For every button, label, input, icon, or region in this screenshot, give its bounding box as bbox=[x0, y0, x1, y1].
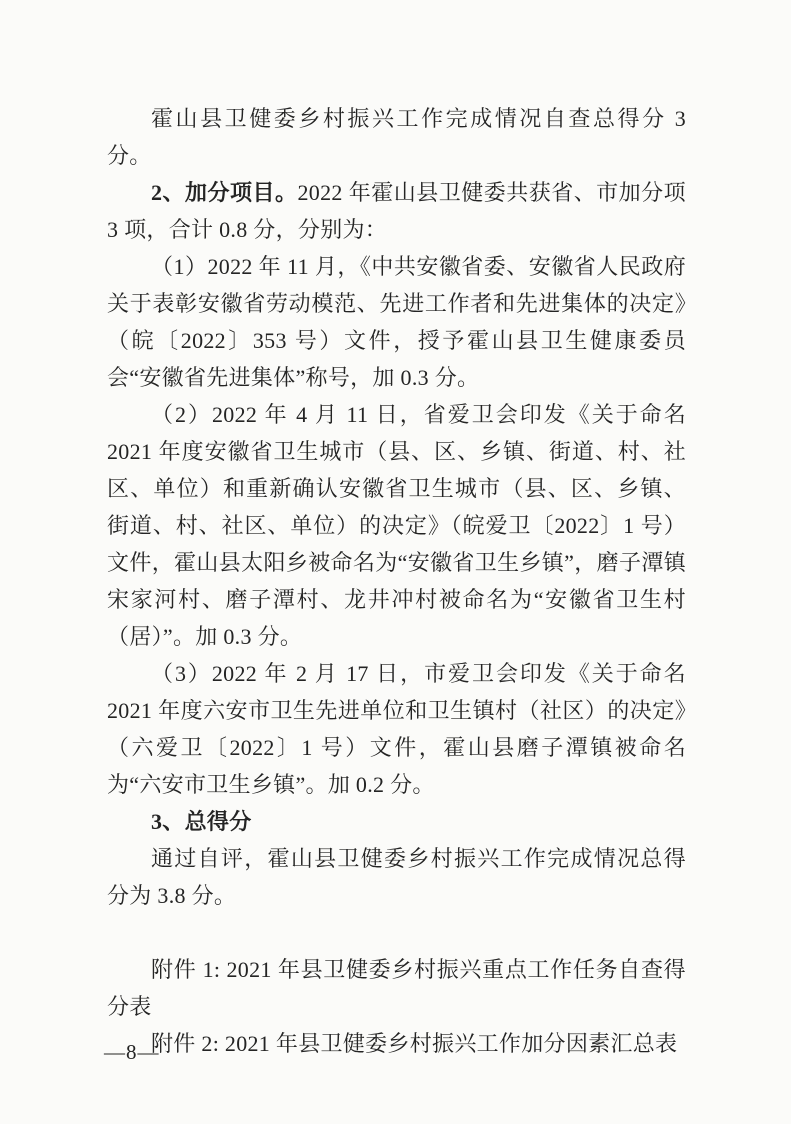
page-number: —8— bbox=[104, 1038, 160, 1066]
paragraph-self-check-total-score: 霍山县卫健委乡村振兴工作完成情况自查总得分 3 分。 bbox=[107, 100, 686, 174]
paragraph-bonus-items: 2、加分项目。2022 年霍山县卫健委共获省、市加分项 3 项，合计 0.8 分… bbox=[107, 174, 686, 248]
attachment-1-line: 附件 1: 2021 年县卫健委乡村振兴重点工作任务自查得分表 bbox=[107, 951, 686, 1025]
paragraph-bonus-item-3: （3）2022 年 2 月 17 日，市爱卫会印发《关于命名 2021 年度六安… bbox=[107, 655, 686, 803]
document-page: 霍山县卫健委乡村振兴工作完成情况自查总得分 3 分。 2、加分项目。2022 年… bbox=[0, 0, 791, 1124]
bonus-items-heading: 2、加分项目。 bbox=[151, 180, 298, 205]
paragraph-bonus-item-1: （1）2022 年 11 月，《中共安徽省委、安徽省人民政府关于表彰安徽省劳动模… bbox=[107, 248, 686, 396]
attachment-2-line: 附件 2: 2021 年县卫健委乡村振兴工作加分因素汇总表 bbox=[107, 1025, 686, 1062]
paragraph-bonus-item-2: （2）2022 年 4 月 11 日，省爱卫会印发《关于命名 2021 年度安徽… bbox=[107, 396, 686, 655]
document-body: 霍山县卫健委乡村振兴工作完成情况自查总得分 3 分。 2、加分项目。2022 年… bbox=[107, 100, 686, 1062]
heading-total-score: 3、总得分 bbox=[107, 803, 686, 840]
paragraph-total-score-text: 通过自评，霍山县卫健委乡村振兴工作完成情况总得分为 3.8 分。 bbox=[107, 840, 686, 914]
